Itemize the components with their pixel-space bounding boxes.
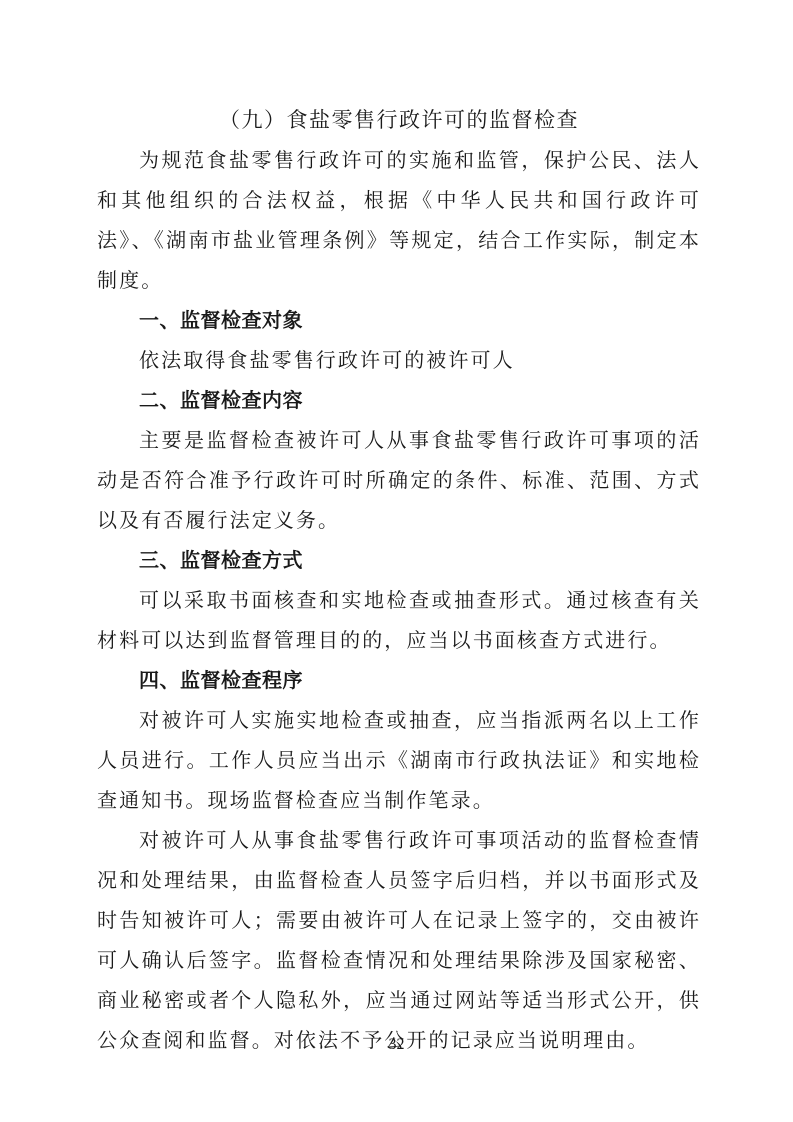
document-title: （九）食盐零售行政许可的监督检查: [97, 100, 701, 140]
intro-paragraph: 为规范食盐零售行政许可的实施和监管，保护公民、法人和其他组织的合法权益，根据《中…: [97, 140, 701, 300]
section-heading-objects: 一、监督检查对象: [97, 300, 701, 340]
section-heading-content: 二、监督检查内容: [97, 380, 701, 420]
section-heading-procedure: 四、监督检查程序: [97, 660, 701, 700]
section-paragraph: 可以采取书面核查和实地检查或抽查形式。通过核查有关材料可以达到监督管理目的的，应…: [97, 580, 701, 660]
section-paragraph: 依法取得食盐零售行政许可的被许可人: [97, 340, 701, 380]
page-number: 32: [0, 1036, 793, 1054]
section-paragraph: 主要是监督检查被许可人从事食盐零售行政许可事项的活动是否符合准予行政许可时所确定…: [97, 420, 701, 540]
section-paragraph: 对被许可人从事食盐零售行政许可事项活动的监督检查情况和处理结果，由监督检查人员签…: [97, 820, 701, 1060]
section-heading-method: 三、监督检查方式: [97, 540, 701, 580]
section-paragraph: 对被许可人实施实地检查或抽查，应当指派两名以上工作人员进行。工作人员应当出示《湖…: [97, 700, 701, 820]
document-page: （九）食盐零售行政许可的监督检查 为规范食盐零售行政许可的实施和监管，保护公民、…: [97, 100, 701, 1060]
